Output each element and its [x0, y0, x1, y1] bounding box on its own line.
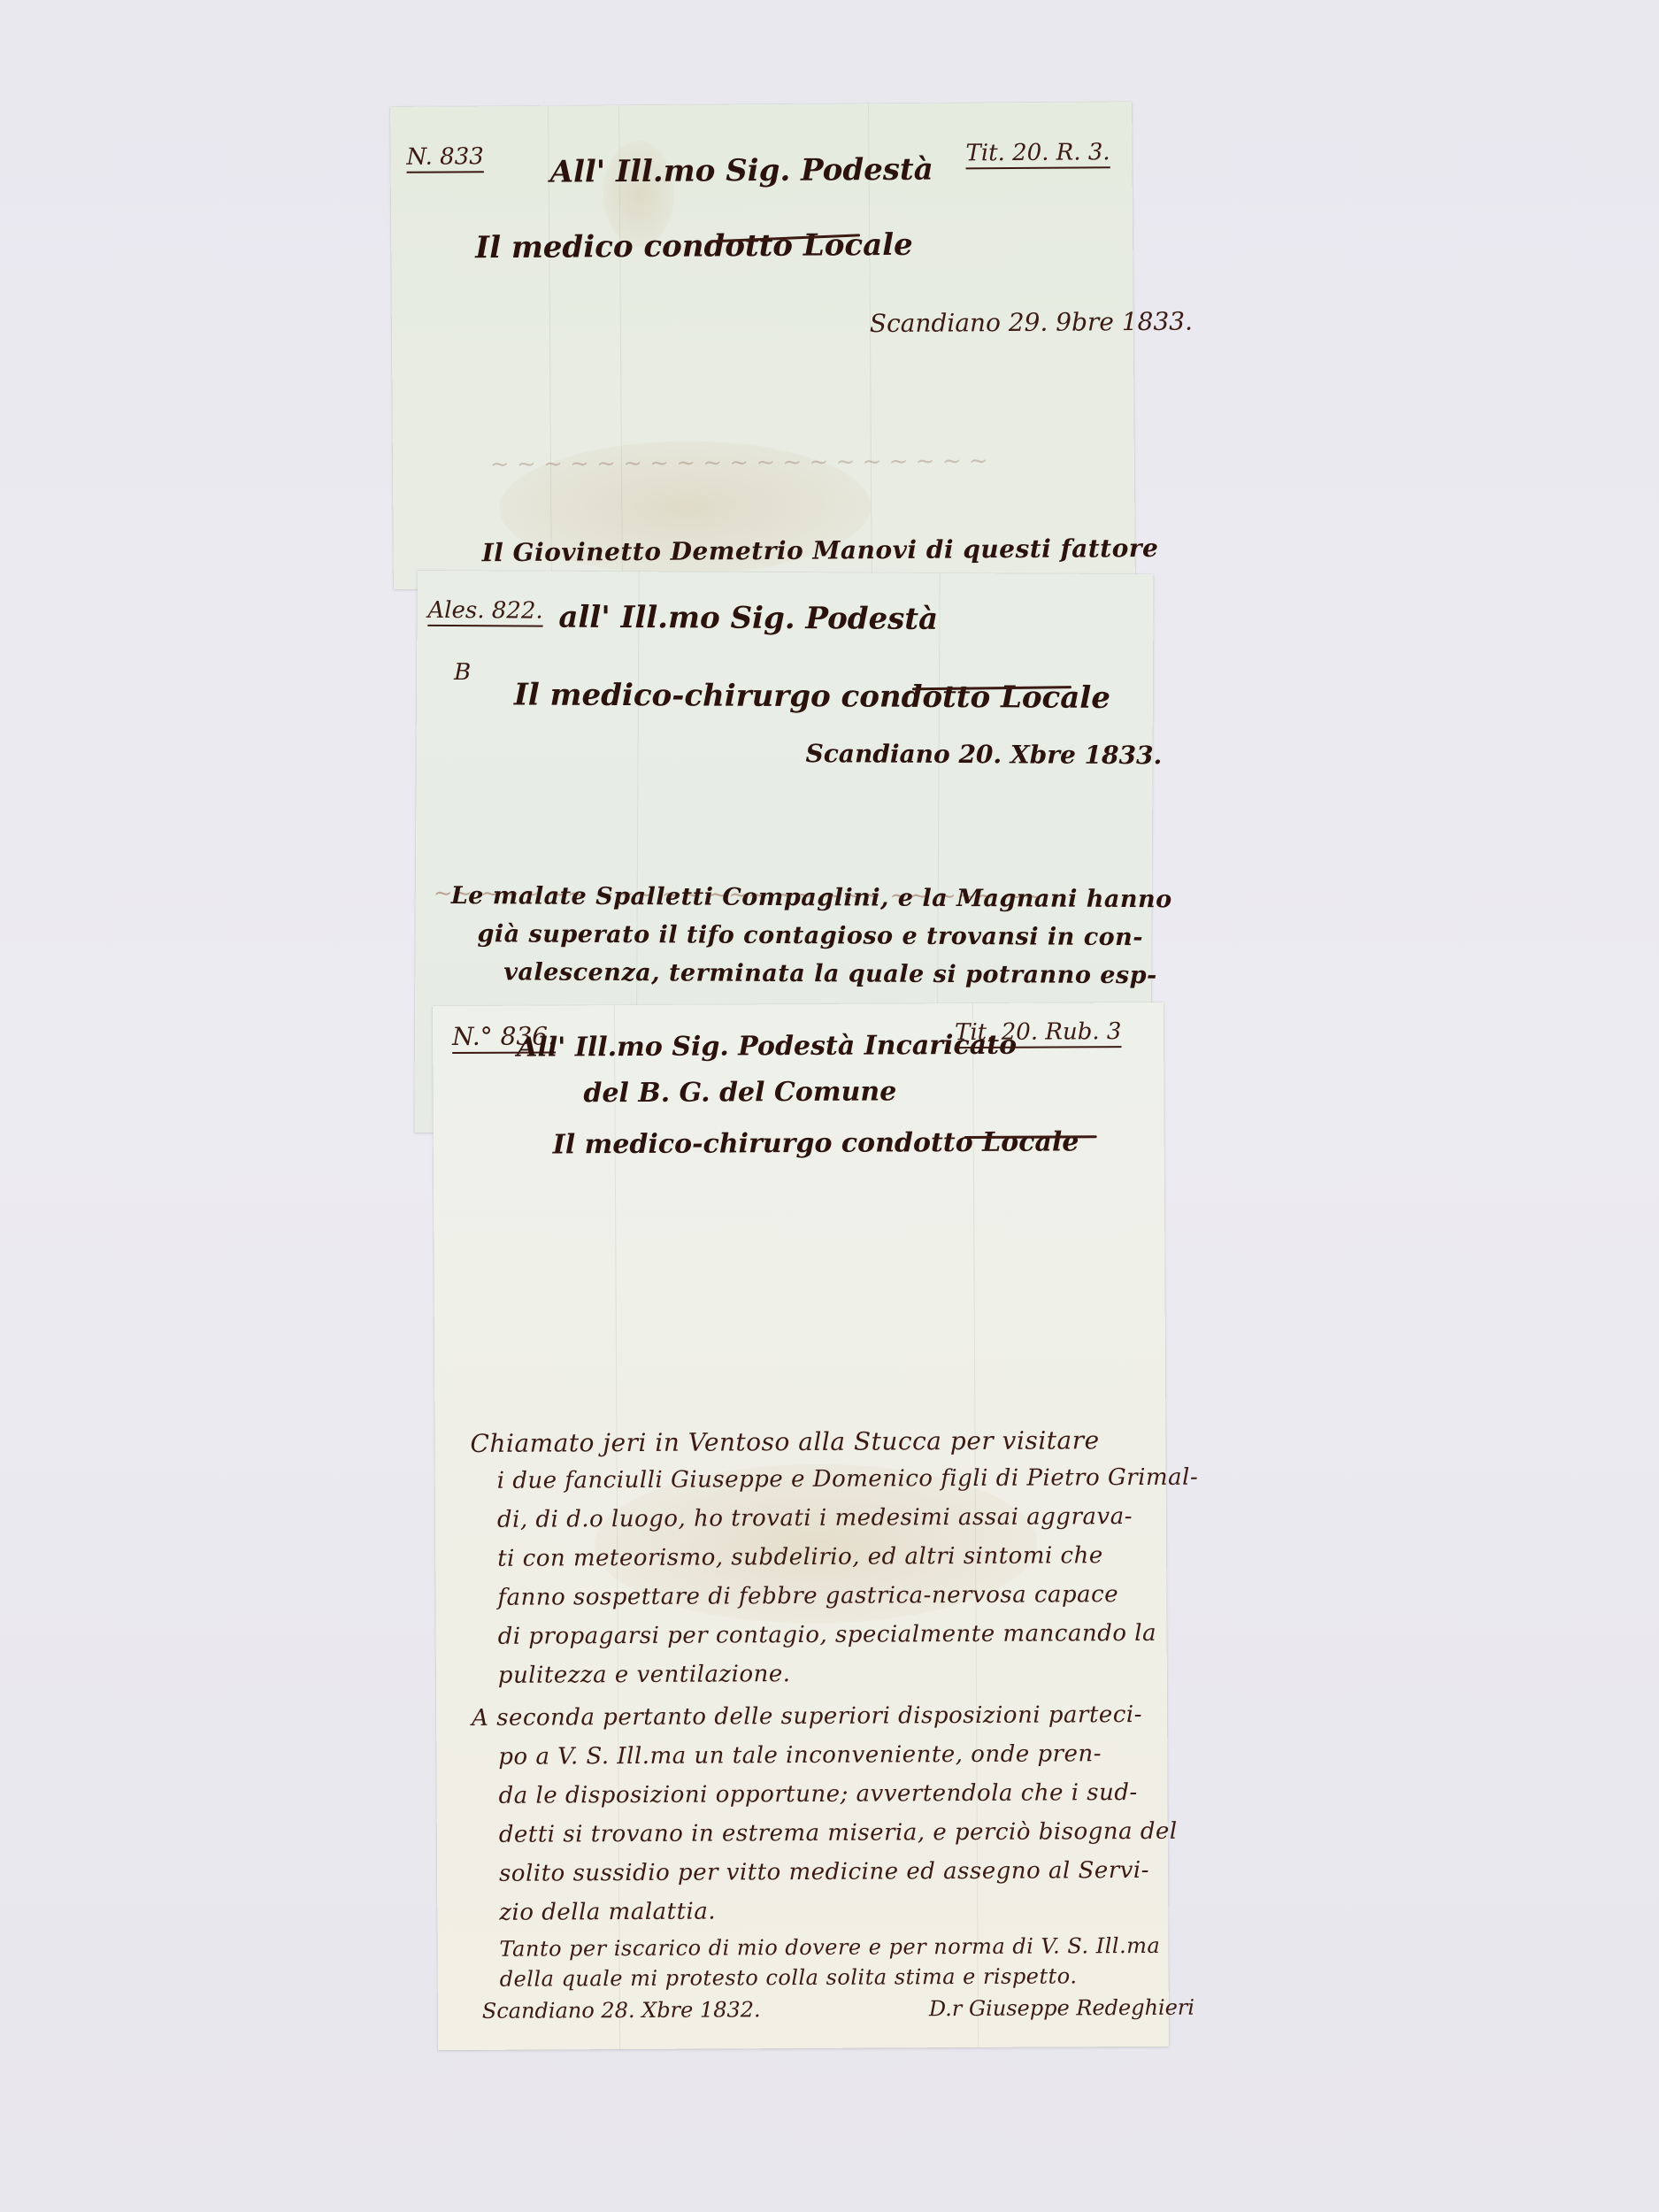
body-line: Il Giovinetto Demetrio Manovi di questi …	[482, 534, 1159, 567]
body-line: Chiamato jeri in Ventoso alla Stucca per…	[470, 1425, 1099, 1458]
body-line: Le malate Spalletti Compaglini, e la Mag…	[451, 882, 1172, 913]
body-line: solito sussidio per vitto medicine ed as…	[499, 1857, 1149, 1887]
addressee-line-1: All' Ill.mo Sig. Podestà Incaricato	[517, 1030, 1017, 1064]
body-line: valescenza, terminata la quale si potran…	[503, 958, 1157, 989]
place-date: Scandiano 20. Xbre 1833.	[806, 739, 1163, 770]
body-line: pulitezza e ventilazione.	[498, 1661, 791, 1689]
body-line: fanno sospettare di febbre gastrica-nerv…	[497, 1581, 1118, 1611]
place-date: Scandiano 29. 9bre 1833.	[870, 307, 1193, 339]
archive-reference: Tit. 20. Rub. 3	[955, 1018, 1121, 1046]
sender: Il medico-chirurgo condotto Locale	[553, 1126, 1079, 1160]
sender: Il medico condotto Locale	[475, 227, 913, 265]
marginal-mark: B	[454, 659, 471, 686]
signature: D.r Giuseppe Redeghieri	[929, 1995, 1194, 2022]
body-line: Tanto per iscarico di mio dovere e per n…	[499, 1933, 1160, 1962]
reference-number: Ales. 822.	[427, 597, 542, 625]
sender: Il medico-chirurgo condotto Locale	[514, 677, 1110, 716]
body-line: i due fanciulli Giuseppe e Domenico figl…	[497, 1464, 1199, 1494]
body-line: di propagarsi per contagio, specialmente…	[498, 1620, 1157, 1650]
body-line: da le disposizioni opportune; avvertendo…	[499, 1779, 1138, 1809]
body-line: zio della malattia.	[499, 1899, 716, 1926]
bleed-through-text: ~ ~ ~ ~ ~ ~ ~ ~ ~ ~ ~ ~ ~ ~ ~ ~ ~ ~ ~	[490, 448, 988, 478]
reference-number: N. 833	[406, 143, 483, 171]
letter-front: N.° 836. All' Ill.mo Sig. Podestà Incari…	[433, 1002, 1169, 2050]
letter-back: N. 833 All' Ill.mo Sig. Podestà Tit. 20.…	[390, 102, 1135, 589]
body-line: di, di d.o luogo, ho trovati i medesimi …	[497, 1503, 1133, 1533]
body-line: detti si trovano in estrema miseria, e p…	[499, 1818, 1178, 1848]
archive-reference: Tit. 20. R. 3.	[965, 139, 1110, 166]
body-line: A seconda pertanto delle superiori dispo…	[472, 1701, 1142, 1732]
addressee: all' Ill.mo Sig. Podestà	[558, 600, 938, 637]
addressee-line-2: del B. G. del Comune	[583, 1076, 896, 1109]
place-date: Scandiano 28. Xbre 1832.	[482, 1997, 761, 2024]
body-line: ti con meteorismo, subdelirio, ed altri …	[497, 1542, 1103, 1572]
body-line: già superato il tifo contagioso e trovan…	[477, 920, 1143, 951]
body-line: po a V. S. Ill.ma un tale inconveniente,…	[498, 1740, 1102, 1770]
body-line: della quale mi protesto colla solita sti…	[500, 1963, 1078, 1991]
addressee: All' Ill.mo Sig. Podestà	[549, 152, 933, 190]
